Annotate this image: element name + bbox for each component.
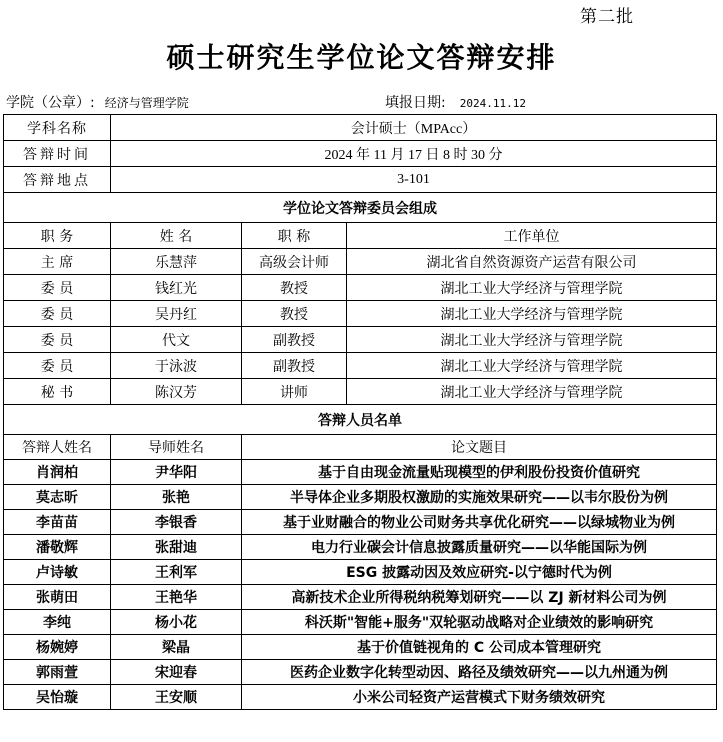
- col-header-student: 答辩人姓名: [4, 435, 111, 460]
- student-name: 杨婉婷: [4, 635, 111, 660]
- advisor-name: 尹华阳: [111, 460, 242, 485]
- student-name: 吴怡璇: [4, 685, 111, 710]
- place-row: 答辩地点 3-101: [4, 167, 717, 193]
- student-name: 肖润柏: [4, 460, 111, 485]
- candidate-row: 吴怡璇 王安顺 小米公司轻资产运营模式下财务绩效研究: [4, 685, 717, 710]
- committee-row: 委 员 钱红光 教授 湖北工业大学经济与管理学院: [4, 275, 717, 301]
- committee-title: 教授: [242, 275, 347, 301]
- candidate-row: 莫志昕 张艳 半导体企业多期股权激励的实施效果研究——以韦尔股份为例: [4, 485, 717, 510]
- committee-title: 高级会计师: [242, 249, 347, 275]
- committee-role: 委 员: [4, 275, 111, 301]
- college-value: 经济与管理学院: [105, 96, 189, 110]
- candidate-row: 肖润柏 尹华阳 基于自由现金流量贴现模型的伊利股份投资价值研究: [4, 460, 717, 485]
- advisor-name: 张艳: [111, 485, 242, 510]
- date-info: 填报日期:2024.11.12: [385, 92, 526, 112]
- committee-role: 主 席: [4, 249, 111, 275]
- committee-row: 主 席 乐慧萍 高级会计师 湖北省自然资源资产运营有限公司: [4, 249, 717, 275]
- committee-title: 副教授: [242, 353, 347, 379]
- committee-name: 乐慧萍: [111, 249, 242, 275]
- date-label: 填报日期:: [385, 95, 446, 111]
- page-title: 硕士研究生学位论文答辩安排: [0, 36, 723, 76]
- candidate-row: 李苗苗 李银香 基于业财融合的物业公司财务共享优化研究——以绿城物业为例: [4, 510, 717, 535]
- committee-role: 委 员: [4, 353, 111, 379]
- thesis-title: 科沃斯"智能+服务"双轮驱动战略对企业绩效的影响研究: [242, 610, 717, 635]
- col-header-title: 职 称: [242, 223, 347, 249]
- candidate-row: 李纯 杨小花 科沃斯"智能+服务"双轮驱动战略对企业绩效的影响研究: [4, 610, 717, 635]
- advisor-name: 宋迎春: [111, 660, 242, 685]
- date-value: 2024.11.12: [460, 97, 526, 110]
- thesis-title: 医药企业数字化转型动因、路径及绩效研究——以九州通为例: [242, 660, 717, 685]
- committee-name: 代文: [111, 327, 242, 353]
- student-name: 莫志昕: [4, 485, 111, 510]
- time-label: 答辩时间: [4, 141, 111, 167]
- candidate-row: 张萌田 王艳华 高新技术企业所得税纳税筹划研究——以 ZJ 新材料公司为例: [4, 585, 717, 610]
- committee-row: 委 员 于泳波 副教授 湖北工业大学经济与管理学院: [4, 353, 717, 379]
- thesis-title: 高新技术企业所得税纳税筹划研究——以 ZJ 新材料公司为例: [242, 585, 717, 610]
- thesis-title: 电力行业碳会计信息披露质量研究——以华能国际为例: [242, 535, 717, 560]
- col-header-thesis: 论文题目: [242, 435, 717, 460]
- candidates-section-title: 答辩人员名单: [4, 405, 717, 435]
- committee-row: 委 员 吴丹红 教授 湖北工业大学经济与管理学院: [4, 301, 717, 327]
- student-name: 李纯: [4, 610, 111, 635]
- subject-label: 学科名称: [4, 115, 111, 141]
- committee-unit: 湖北工业大学经济与管理学院: [347, 301, 717, 327]
- advisor-name: 李银香: [111, 510, 242, 535]
- college-label: 学院（公章）:: [6, 95, 95, 111]
- committee-unit: 湖北工业大学经济与管理学院: [347, 353, 717, 379]
- advisor-name: 张甜迪: [111, 535, 242, 560]
- advisor-name: 王艳华: [111, 585, 242, 610]
- committee-unit: 湖北工业大学经济与管理学院: [347, 379, 717, 405]
- student-name: 郭雨萱: [4, 660, 111, 685]
- committee-title: 讲师: [242, 379, 347, 405]
- col-header-unit: 工作单位: [347, 223, 717, 249]
- candidate-row: 卢诗敏 王利军 ESG 披露动因及效应研究-以宁德时代为例: [4, 560, 717, 585]
- committee-role: 秘 书: [4, 379, 111, 405]
- committee-name: 钱红光: [111, 275, 242, 301]
- time-row: 答辩时间 2024 年 11 月 17 日 8 时 30 分: [4, 141, 717, 167]
- college-info: 学院（公章）:经济与管理学院: [6, 92, 189, 112]
- student-name: 李苗苗: [4, 510, 111, 535]
- candidates-header-row: 答辩人姓名 导师姓名 论文题目: [4, 435, 717, 460]
- student-name: 张萌田: [4, 585, 111, 610]
- thesis-title: 半导体企业多期股权激励的实施效果研究——以韦尔股份为例: [242, 485, 717, 510]
- thesis-title: ESG 披露动因及效应研究-以宁德时代为例: [242, 560, 717, 585]
- committee-row: 秘 书 陈汉芳 讲师 湖北工业大学经济与管理学院: [4, 379, 717, 405]
- batch-label: 第二批: [580, 2, 634, 27]
- student-name: 卢诗敏: [4, 560, 111, 585]
- committee-unit: 湖北工业大学经济与管理学院: [347, 327, 717, 353]
- committee-role: 委 员: [4, 327, 111, 353]
- committee-section-row: 学位论文答辩委员会组成: [4, 193, 717, 223]
- candidates-section-row: 答辩人员名单: [4, 405, 717, 435]
- committee-name: 吴丹红: [111, 301, 242, 327]
- committee-section-title: 学位论文答辩委员会组成: [4, 193, 717, 223]
- advisor-name: 王利军: [111, 560, 242, 585]
- student-name: 潘敬辉: [4, 535, 111, 560]
- committee-header-row: 职 务 姓 名 职 称 工作单位: [4, 223, 717, 249]
- candidate-row: 郭雨萱 宋迎春 医药企业数字化转型动因、路径及绩效研究——以九州通为例: [4, 660, 717, 685]
- col-header-role: 职 务: [4, 223, 111, 249]
- advisor-name: 杨小花: [111, 610, 242, 635]
- thesis-title: 小米公司轻资产运营模式下财务绩效研究: [242, 685, 717, 710]
- thesis-title: 基于价值链视角的 C 公司成本管理研究: [242, 635, 717, 660]
- committee-name: 陈汉芳: [111, 379, 242, 405]
- place-value: 3-101: [111, 167, 717, 193]
- defense-schedule-table: 学科名称 会计硕士（MPAcc） 答辩时间 2024 年 11 月 17 日 8…: [3, 114, 717, 710]
- advisor-name: 梁晶: [111, 635, 242, 660]
- thesis-title: 基于业财融合的物业公司财务共享优化研究——以绿城物业为例: [242, 510, 717, 535]
- committee-unit: 湖北省自然资源资产运营有限公司: [347, 249, 717, 275]
- thesis-title: 基于自由现金流量贴现模型的伊利股份投资价值研究: [242, 460, 717, 485]
- subject-value: 会计硕士（MPAcc）: [111, 115, 717, 141]
- committee-role: 委 员: [4, 301, 111, 327]
- candidate-row: 潘敬辉 张甜迪 电力行业碳会计信息披露质量研究——以华能国际为例: [4, 535, 717, 560]
- committee-row: 委 员 代文 副教授 湖北工业大学经济与管理学院: [4, 327, 717, 353]
- committee-title: 副教授: [242, 327, 347, 353]
- col-header-advisor: 导师姓名: [111, 435, 242, 460]
- col-header-name: 姓 名: [111, 223, 242, 249]
- candidate-row: 杨婉婷 梁晶 基于价值链视角的 C 公司成本管理研究: [4, 635, 717, 660]
- subject-row: 学科名称 会计硕士（MPAcc）: [4, 115, 717, 141]
- advisor-name: 王安顺: [111, 685, 242, 710]
- committee-unit: 湖北工业大学经济与管理学院: [347, 275, 717, 301]
- committee-title: 教授: [242, 301, 347, 327]
- time-value: 2024 年 11 月 17 日 8 时 30 分: [111, 141, 717, 167]
- place-label: 答辩地点: [4, 167, 111, 193]
- committee-name: 于泳波: [111, 353, 242, 379]
